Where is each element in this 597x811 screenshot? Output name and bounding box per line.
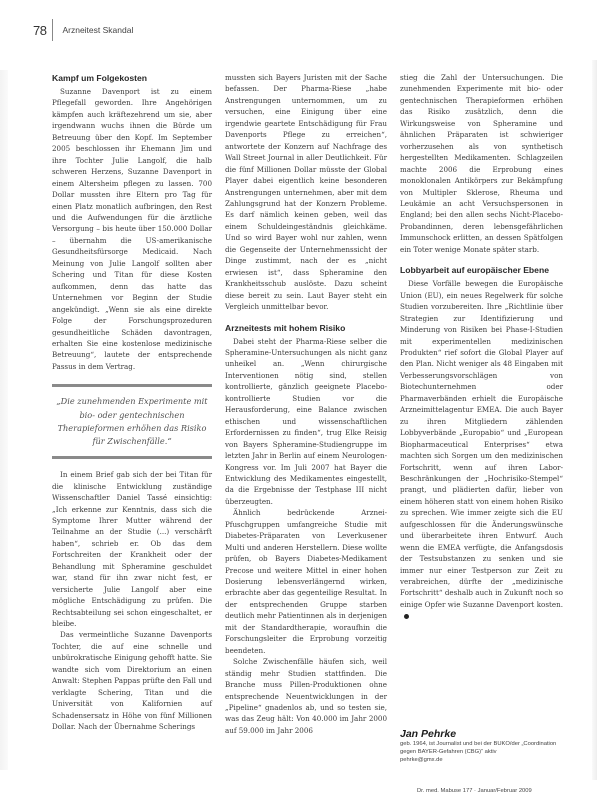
body-paragraph: Ähnlich bedrückende Arznei-Pfuschgruppen… <box>225 507 387 656</box>
author-bio: geb. 1964, ist Journalist und bei der BU… <box>400 740 570 756</box>
body-paragraph: In einem Brief gab sich der bei Titan fü… <box>52 469 212 629</box>
running-title: Arzneitest Skandal <box>62 25 133 35</box>
header-divider <box>52 19 53 41</box>
scan-right-edge-shadow <box>592 60 597 780</box>
page-header: 78 Arzneitest Skandal <box>33 18 133 42</box>
pull-quote: „Die zunehmenden Experimente mit bio- od… <box>52 384 212 459</box>
author-email: pehrke@gmx.de <box>400 756 570 764</box>
body-paragraph: Dabei steht der Pharma-Riese selber die … <box>225 336 387 508</box>
pull-quote-text: „Die zunehmenden Experimente mit bio- od… <box>56 395 208 448</box>
page-footer: Dr. med. Mabuse 177 · Januar/Februar 200… <box>417 788 532 794</box>
article-column-1: Kampf um Folgekosten Suzanne Davenport i… <box>52 72 212 733</box>
body-paragraph: stieg die Zahl der Untersuchungen. Die z… <box>400 72 563 255</box>
article-column-2: mussten sich Bayers Juristen mit der Sac… <box>225 72 387 736</box>
body-paragraph: mussten sich Bayers Juristen mit der Sac… <box>225 72 387 313</box>
body-paragraph-text: Diese Vorfälle bewegen die Europäische U… <box>400 279 563 609</box>
section-heading-kampf: Kampf um Folgekosten <box>52 72 212 84</box>
body-paragraph: Solche Zwischenfälle häufen sich, weil s… <box>225 656 387 736</box>
body-paragraph: Das vermeintliche Suzanne Davenports Toc… <box>52 629 212 732</box>
scan-left-edge-shadow <box>0 70 8 770</box>
page-number: 78 <box>33 23 52 38</box>
author-name: Jan Pehrke <box>400 728 570 740</box>
body-paragraph: Suzanne Davenport ist zu einem Pflegefal… <box>52 86 212 372</box>
author-block: Jan Pehrke geb. 1964, ist Journalist und… <box>400 728 570 764</box>
section-heading-arzneitests: Arzneitests mit hohem Risiko <box>225 322 387 334</box>
article-end-mark-icon <box>404 614 409 619</box>
article-column-3: stieg die Zahl der Untersuchungen. Die z… <box>400 72 563 622</box>
body-paragraph-final: Diese Vorfälle bewegen die Europäische U… <box>400 278 563 622</box>
section-heading-lobbyarbeit: Lobbyarbeit auf europäischer Ebene <box>400 264 563 276</box>
